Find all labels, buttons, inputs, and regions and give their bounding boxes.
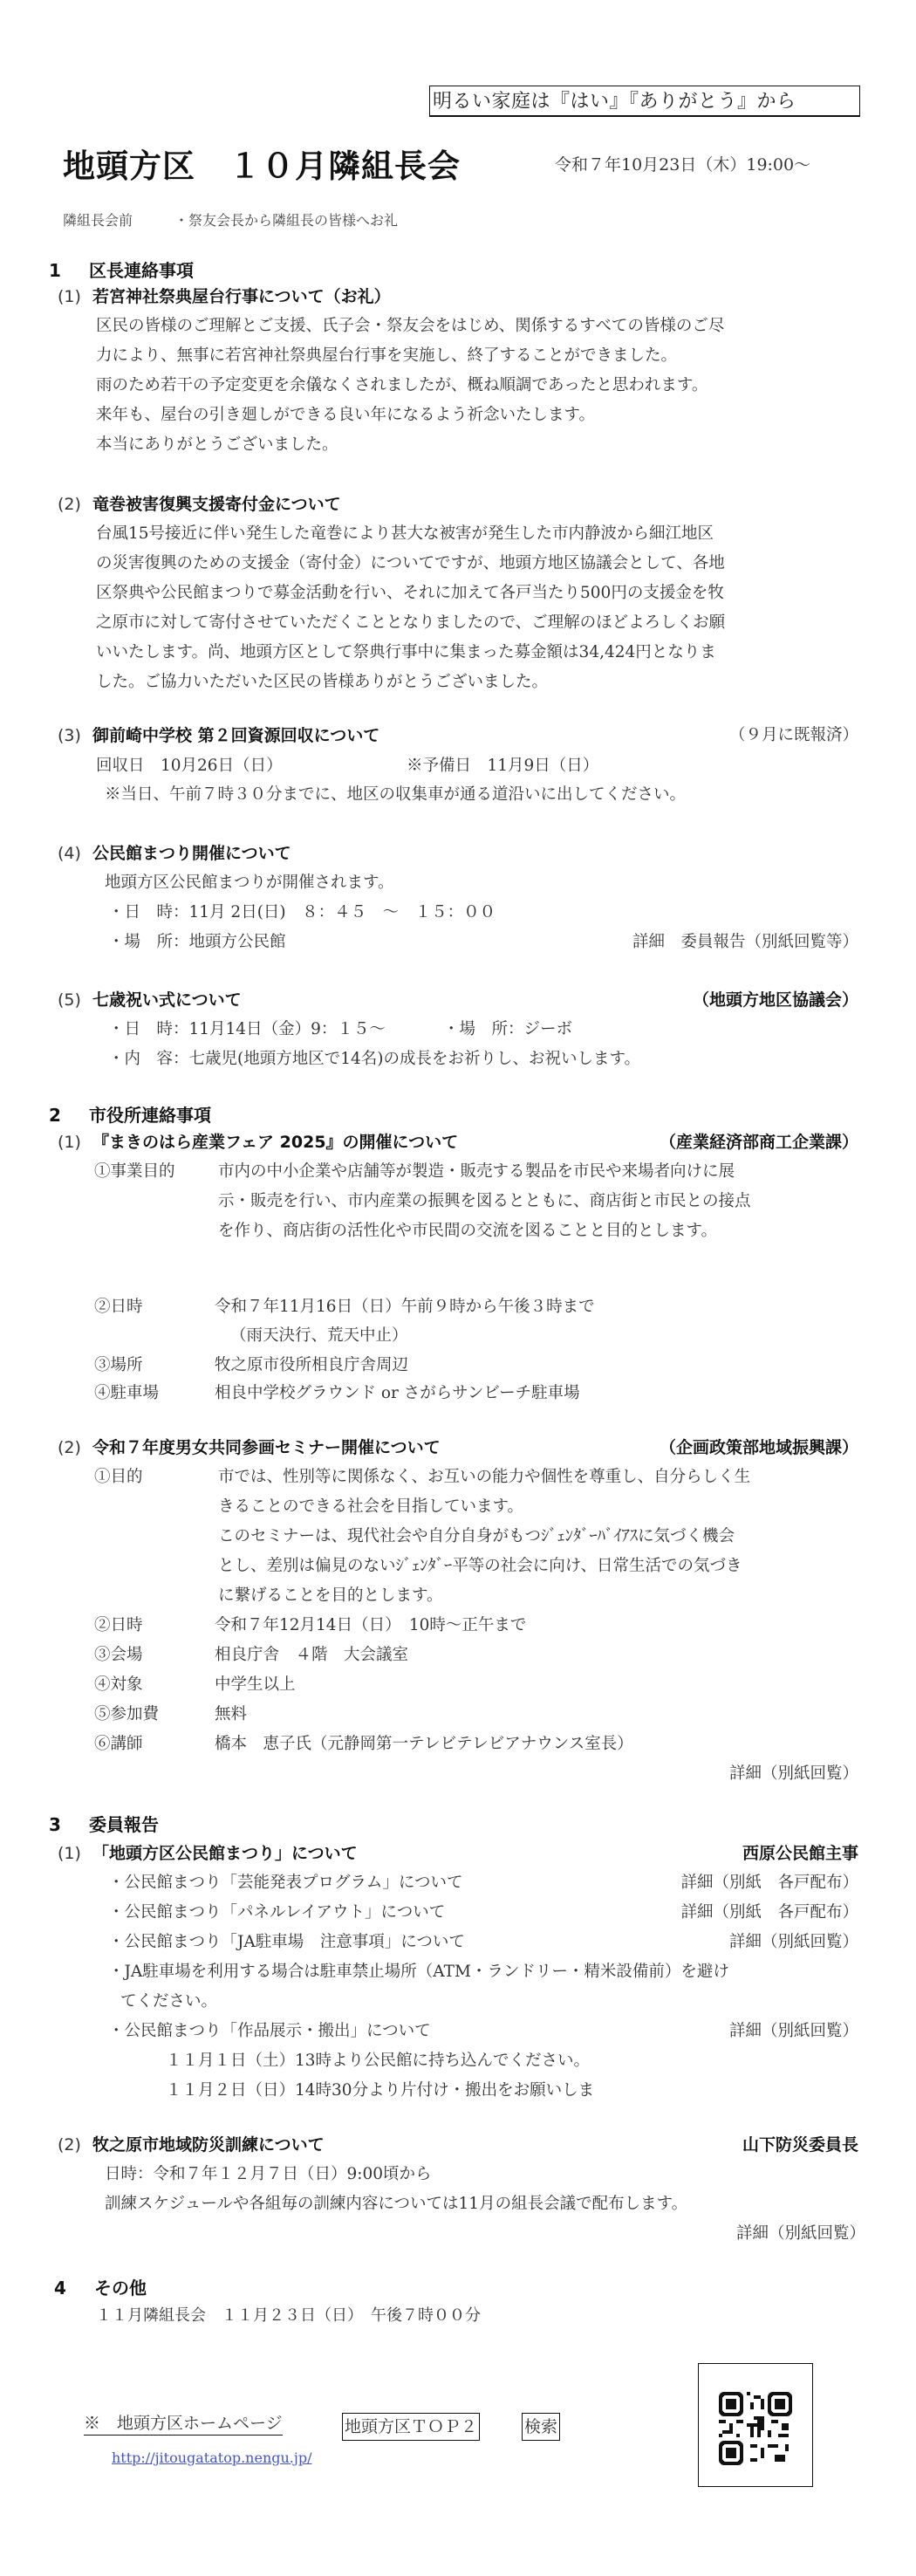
fair-datetime-label: ②日時 [94, 1294, 143, 1317]
item-1-2-line: の災害復興のための支援金（寄付金）についてですが、地頭方地区協議会として、各地 [96, 551, 725, 573]
seminar-fee: 無料 [215, 1702, 247, 1724]
meeting-date: 令和７年10月23日（木）19:00～ [555, 152, 810, 175]
drill-datetime: 日時：令和７年１２月７日（日）9:00頃から [105, 2162, 432, 2184]
item-2-2-heading: (2)令和７年度男女共同参画セミナー開催について [58, 1435, 441, 1458]
seminar-venue: 相良庁舎 ４階 大会議室 [215, 1642, 408, 1665]
item-1-5-org: （地頭方地区協議会） [693, 987, 858, 1011]
reserve-day: ※予備日 11月9日（日） [407, 753, 598, 776]
fair-purpose-line: を作り、商店街の活性化や市民間の交流を図ることと目的とします。 [218, 1218, 717, 1241]
ceremony-content: ・内 容：七歳児(地頭方地区で14名)の成長をお祈りし、お祝いします。 [108, 1046, 640, 1069]
item-2-1-dept: （産業経済部商工企業課） [660, 1129, 858, 1153]
page-title: 地頭方区 １０月隣組長会 [63, 140, 461, 187]
pre-meeting-item: ・祭友会長から隣組長の皆様へお礼 [174, 212, 398, 229]
seminar-fee-label: ⑤参加費 [94, 1702, 159, 1724]
fair-parking-label: ④駐車場 [94, 1380, 159, 1403]
section-3-heading: 3委員報告 [49, 1811, 159, 1836]
fair-purpose-line: 市内の中小企業や店舗等が製造・販売する製品を市民や来場者向けに展 [218, 1159, 735, 1182]
report-bullet-detail: 詳細（別紙回覧） [729, 2018, 858, 2041]
qr-code-frame [698, 2363, 813, 2487]
seminar-datetime: 令和７年12月14日（日） 10時～正午まで [215, 1613, 526, 1635]
pre-meeting-note: 隣組長会前・祭友会長から隣組長の皆様へお礼 [63, 209, 398, 230]
item-1-1-line: 区民の皆様のご理解とご支援、氏子会・祭友会をはじめ、関係するすべての皆様のご尽 [96, 313, 724, 336]
ceremony-place: ・場 所：ジーボ [443, 1017, 572, 1039]
festival-place: ・場 所：地頭方公民館 [108, 929, 286, 952]
item-3-1-reporter: 西原公民館主事 [742, 1840, 858, 1864]
pre-meeting-label: 隣組長会前 [63, 212, 133, 229]
search-button[interactable]: 検索 [522, 2413, 560, 2441]
seminar-purpose-label: ①目的 [94, 1464, 143, 1487]
fair-datetime: 令和７年11月16日（日）午前９時から午後３時まで [215, 1294, 595, 1317]
item-2-2-dept: （企画政策部地域振興課） [660, 1435, 858, 1458]
item-1-2-heading: (2)竜巻被害復興支援寄付金について [58, 491, 341, 515]
report-bullet: ・公民館まつり「JA駐車場 注意事項」について [108, 1929, 465, 1952]
item-1-3-heading: (3)御前崎中学校 第２回資源回収について [58, 723, 379, 746]
homepage-link[interactable]: http://jitougatatop.nengu.jp/ [112, 2449, 311, 2466]
item-1-1-line: 雨のため若干の予定変更を余儀なくされましたが、概ね順調であったと思われます。 [96, 373, 708, 395]
seminar-lecturer-label: ⑥講師 [94, 1731, 143, 1754]
seminar-target-label: ④対象 [94, 1672, 143, 1695]
drill-detail: 詳細（別紙回覧） [736, 2221, 865, 2244]
item-3-2-heading: (2)牧之原市地域防災訓練について [58, 2132, 325, 2155]
seminar-detail: 詳細（別紙回覧） [729, 1761, 858, 1784]
item-1-2-line: 台風15号接近に伴い発生した竜巻により甚大な被害が発生した市内静波から細江地区 [96, 521, 714, 544]
item-1-2-line: した。ご協力いただいた区民の皆様ありがとうございました。 [96, 669, 548, 692]
item-1-2-line: 之原市に対して寄付させていただくこととなりましたので、ご理解のほどよろしくお願 [96, 610, 725, 633]
festival-datetime: ・日 時：11月 2日(日) ８：４５ ～ １５：００ [108, 900, 496, 922]
report-bullet-detail: 詳細（別紙 各戸配布） [680, 1900, 858, 1922]
seminar-purpose-line: に繋げることを目的とします。 [218, 1583, 443, 1606]
fair-place: 牧之原市役所相良庁舎周辺 [215, 1353, 408, 1375]
item-1-1-line: 来年も、屋台の引き廻しができる良い年になるよう祈念いたします。 [96, 402, 595, 425]
item-2-1-heading: (1)『まきのはら産業フェア 2025』の開催について [58, 1129, 458, 1153]
festival-intro: 地頭方区公民館まつりが開催されます。 [105, 870, 394, 893]
qr-code-icon [719, 2392, 792, 2465]
report-bullet-detail: 詳細（別紙 各戸配布） [680, 1870, 858, 1893]
report-bullet: ・公民館まつり「芸能発表プログラム」について [108, 1870, 462, 1893]
fair-datetime-note: （雨天決行、荒天中止） [230, 1323, 408, 1346]
seminar-target: 中学生以上 [215, 1672, 296, 1695]
seminar-purpose-line: 市では、性別等に関係なく、お互いの能力や個性を尊重し、自分らしく生 [218, 1464, 750, 1487]
item-1-1-line: 力により、無事に若宮神社祭典屋台行事を実施し、終了することができました。 [96, 343, 677, 366]
ceremony-datetime: ・日 時：11月14日（金）9：１５～ [108, 1017, 386, 1039]
seminar-purpose-line: とし、差別は偏見のないｼﾞｪﾝﾀﾞｰ平等の社会に向け、日常生活での気づき [218, 1553, 742, 1576]
item-3-2-reporter: 山下防災委員長 [742, 2132, 858, 2155]
fair-place-label: ③場所 [94, 1353, 143, 1375]
seminar-venue-label: ③会場 [94, 1642, 143, 1665]
item-1-1-line: 本当にありがとうございました。 [96, 432, 338, 455]
seminar-lecturer: 橋本 恵子氏（元静岡第一テレビテレビアナウンス室長） [215, 1731, 633, 1754]
next-meeting: １１月隣組長会 １１月２３日（日） 午後７時００分 [96, 2303, 481, 2326]
item-3-1-heading: (1)「地頭方区公民館まつり」について [58, 1840, 358, 1864]
report-bullet: ・公民館まつり「パネルレイアウト」について [108, 1900, 445, 1922]
item-1-3-note: （９月に既報済） [729, 723, 858, 745]
seminar-datetime-label: ②日時 [94, 1613, 143, 1635]
section-4-heading: 4その他 [54, 2274, 147, 2299]
section-1-heading: 1区長連絡事項 [49, 257, 194, 282]
seminar-purpose-line: きることのできる社会を目指しています。 [218, 1494, 523, 1517]
search-term-box[interactable]: 地頭方区ＴＯＰ２ [342, 2413, 480, 2441]
item-1-4-heading: (4)公民館まつり開催について [58, 840, 291, 864]
collection-day: 回収日 10月26日（日） [96, 753, 283, 776]
exhibit-schedule-line: １１月１日（土）13時より公民館に持ち込んでください。 [166, 2048, 590, 2071]
homepage-label: ※ 地頭方区ホームページ [84, 2410, 283, 2436]
fair-parking: 相良中学校グラウンド or さがらサンビーチ駐車場 [215, 1380, 580, 1403]
festival-detail: 詳細 委員報告（別紙回覧等） [632, 929, 858, 952]
item-1-2-line: 区祭典や公民館まつりで募金活動を行い、それに加えて各戸当たり500円の支援金を牧 [96, 580, 724, 603]
exhibit-schedule-line: １１月２日（日）14時30分より片付け・搬出をお願いしま [166, 2078, 594, 2100]
section-2-heading: 2市役所連絡事項 [49, 1101, 211, 1127]
item-1-5-heading: (5)七歳祝い式について [58, 987, 242, 1011]
report-bullet-continued: てください。 [120, 1989, 217, 2011]
collection-instruction: ※当日、午前７時３０分までに、地区の収集車が通る道沿いに出してください。 [105, 782, 686, 805]
report-bullet: ・JA駐車場を利用する場合は駐車禁止場所（ATM・ランドリー・精米設備前）を避け [108, 1959, 729, 1982]
motto-banner: 明るい家庭は『はい』『ありがとう』から [429, 86, 860, 117]
item-1-2-line: いいたします。尚、地頭方区として祭典行事中に集まった募金額は34,424円となり… [96, 640, 716, 662]
report-bullet: ・公民館まつり「作品展示・搬出」について [108, 2018, 431, 2041]
seminar-purpose-line: このセミナーは、現代社会や自分自身がもつｼﾞｪﾝﾀﾞｰﾊﾞｲｱｽに気づく機会 [218, 1524, 735, 1546]
report-bullet-detail: 詳細（別紙回覧） [729, 1929, 858, 1952]
fair-purpose-label: ①事業目的 [94, 1159, 175, 1182]
item-1-1-heading: (1)若宮神社祭典屋台行事について（お礼） [58, 284, 391, 307]
drill-note: 訓練スケジュールや各組毎の訓練内容については11月の組長会議で配布します。 [105, 2191, 687, 2214]
fair-purpose-line: 示・販売を行い、市内産業の振興を図るとともに、商店街と市民との接点 [218, 1189, 751, 1211]
